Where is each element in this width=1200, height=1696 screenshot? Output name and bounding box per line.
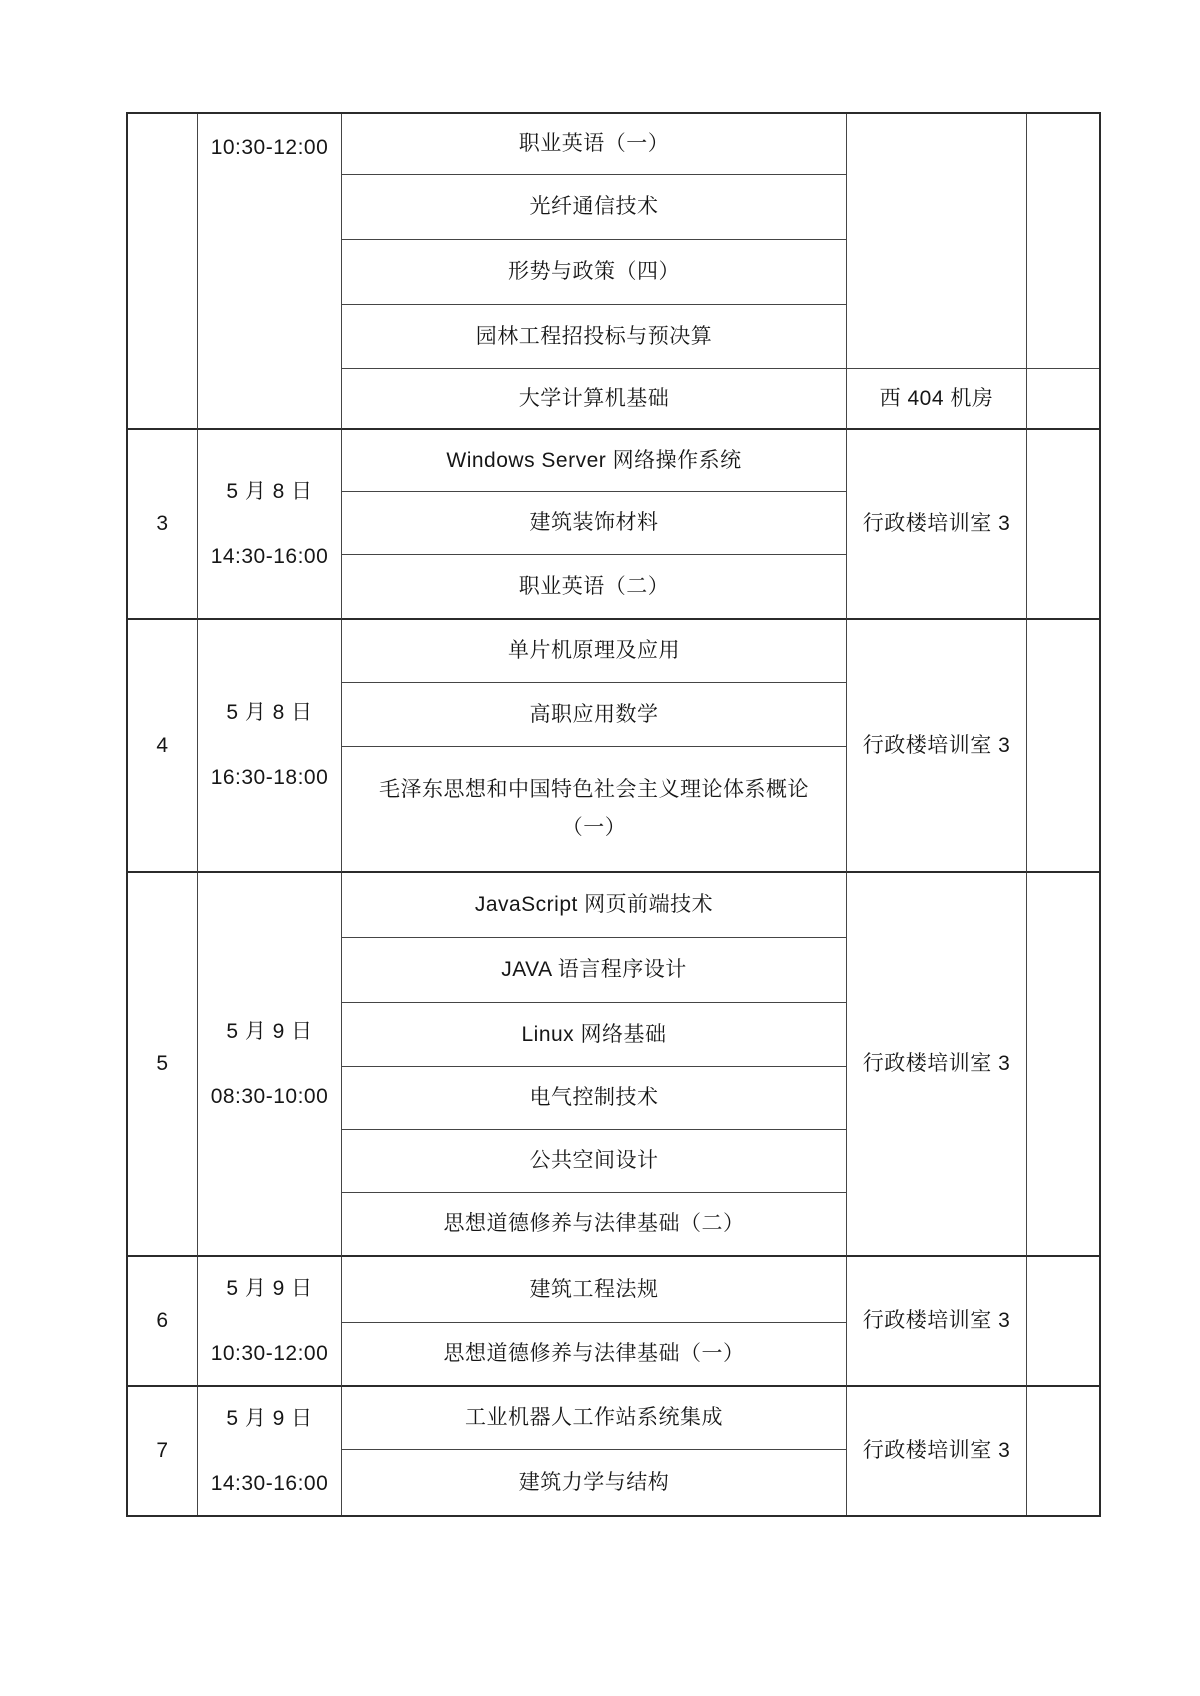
- exam-schedule-table: 10:30-12:00职业英语（一）光纤通信技术形势与政策（四）园林工程招投标与…: [126, 112, 1101, 1517]
- empty-cell: [1027, 430, 1099, 620]
- course-name-text: 职业英语（一）: [519, 130, 670, 158]
- location-cell: 行政楼培训室 3: [847, 873, 1027, 1257]
- course-name-text: 光纤通信技术: [530, 193, 659, 221]
- course-cell: 公共空间设计: [342, 1130, 847, 1193]
- location-text: 行政楼培训室 3: [863, 732, 1011, 760]
- row-number-cell: 3: [128, 430, 198, 620]
- course-name-text: 职业英语（二）: [519, 573, 670, 601]
- empty-cell: [1027, 873, 1099, 1257]
- location-text: 行政楼培训室 3: [863, 1050, 1011, 1078]
- datetime-text: 16:30-18:00: [211, 764, 329, 792]
- empty-cell: [1027, 1257, 1099, 1387]
- course-name-text: JAVA 语言程序设计: [501, 956, 687, 984]
- row-number-text: 6: [156, 1307, 168, 1335]
- course-cell: 建筑工程法规: [342, 1257, 847, 1323]
- course-cell: Linux 网络基础: [342, 1003, 847, 1067]
- datetime-text: 5 月 9 日: [226, 1018, 312, 1046]
- row-number-cell: 7: [128, 1387, 198, 1515]
- datetime-cell: 10:30-12:00: [198, 114, 342, 430]
- course-name-text: 单片机原理及应用: [508, 637, 680, 665]
- datetime-cell: 5 月 9 日10:30-12:00: [198, 1257, 342, 1387]
- row-number-cell: 6: [128, 1257, 198, 1387]
- course-name-text: 建筑工程法规: [530, 1276, 659, 1304]
- location-cell: 行政楼培训室 3: [847, 620, 1027, 873]
- location-cell: 行政楼培训室 3: [847, 1257, 1027, 1387]
- course-name-text: 公共空间设计: [530, 1147, 659, 1175]
- datetime-text: 5 月 9 日: [226, 1275, 312, 1303]
- course-cell: 形势与政策（四）: [342, 240, 847, 305]
- course-name-text: Windows Server 网络操作系统: [446, 447, 741, 475]
- empty-cell: [1027, 369, 1099, 430]
- row-number-cell: 5: [128, 873, 198, 1257]
- empty-cell: [1027, 620, 1099, 873]
- course-cell: 思想道德修养与法律基础（二）: [342, 1193, 847, 1257]
- datetime-text: 5 月 8 日: [226, 699, 312, 727]
- datetime-cell: 5 月 8 日16:30-18:00: [198, 620, 342, 873]
- location-text: 西 404 机房: [880, 385, 994, 413]
- location-cell: 行政楼培训室 3: [847, 430, 1027, 620]
- location-cell: [847, 114, 1027, 369]
- course-name-text: Linux 网络基础: [521, 1021, 666, 1049]
- course-cell: 职业英语（一）: [342, 114, 847, 175]
- course-cell: 光纤通信技术: [342, 175, 847, 240]
- course-cell: 职业英语（二）: [342, 555, 847, 620]
- course-name-text: 高职应用数学: [530, 701, 659, 729]
- course-cell: 建筑力学与结构: [342, 1450, 847, 1515]
- location-text: 行政楼培训室 3: [863, 1307, 1011, 1335]
- course-cell: 园林工程招投标与预决算: [342, 305, 847, 369]
- course-name-text: 毛泽东思想和中国特色社会主义理论体系概论: [379, 776, 809, 804]
- course-cell: Windows Server 网络操作系统: [342, 430, 847, 492]
- datetime-text: 5 月 9 日: [226, 1405, 312, 1433]
- course-cell: 思想道德修养与法律基础（一）: [342, 1323, 847, 1387]
- row-number-text: 3: [156, 510, 168, 538]
- course-cell: 毛泽东思想和中国特色社会主义理论体系概论（一）: [342, 747, 847, 873]
- location-cell: 行政楼培训室 3: [847, 1387, 1027, 1515]
- course-name-text: 形势与政策（四）: [508, 258, 680, 286]
- course-cell: 高职应用数学: [342, 683, 847, 747]
- course-name-text: 大学计算机基础: [519, 385, 670, 413]
- course-name-text: 思想道德修养与法律基础（一）: [444, 1340, 745, 1368]
- datetime-text: 10:30-12:00: [211, 134, 329, 162]
- course-name-text: 电气控制技术: [530, 1084, 659, 1112]
- course-name-text: 思想道德修养与法律基础（二）: [444, 1210, 745, 1238]
- datetime-cell: 5 月 9 日14:30-16:00: [198, 1387, 342, 1515]
- row-number-text: 7: [156, 1437, 168, 1465]
- location-cell: 西 404 机房: [847, 369, 1027, 430]
- datetime-text: 14:30-16:00: [211, 1470, 329, 1498]
- datetime-text: 14:30-16:00: [211, 543, 329, 571]
- course-name-text: 建筑力学与结构: [519, 1469, 670, 1497]
- course-name-text: 工业机器人工作站系统集成: [465, 1404, 723, 1432]
- empty-cell: [1027, 114, 1099, 369]
- datetime-cell: 5 月 8 日14:30-16:00: [198, 430, 342, 620]
- datetime-text: 5 月 8 日: [226, 478, 312, 506]
- course-cell: 大学计算机基础: [342, 369, 847, 430]
- location-text: 行政楼培训室 3: [863, 510, 1011, 538]
- course-name-text: JavaScript 网页前端技术: [475, 891, 713, 919]
- course-name-text: （一）: [562, 814, 627, 842]
- location-text: 行政楼培训室 3: [863, 1437, 1011, 1465]
- course-cell: 电气控制技术: [342, 1067, 847, 1130]
- empty-cell: [1027, 1387, 1099, 1515]
- row-number-cell: [128, 114, 198, 430]
- course-name-text: 建筑装饰材料: [530, 509, 659, 537]
- course-cell: 单片机原理及应用: [342, 620, 847, 683]
- course-name-text: 园林工程招投标与预决算: [476, 323, 713, 351]
- course-cell: 工业机器人工作站系统集成: [342, 1387, 847, 1450]
- course-cell: JavaScript 网页前端技术: [342, 873, 847, 938]
- datetime-text: 10:30-12:00: [211, 1340, 329, 1368]
- row-number-cell: 4: [128, 620, 198, 873]
- course-cell: JAVA 语言程序设计: [342, 938, 847, 1003]
- datetime-cell: 5 月 9 日08:30-10:00: [198, 873, 342, 1257]
- course-cell: 建筑装饰材料: [342, 492, 847, 555]
- row-number-text: 4: [156, 732, 168, 760]
- row-number-text: 5: [156, 1050, 168, 1078]
- datetime-text: 08:30-10:00: [211, 1083, 329, 1111]
